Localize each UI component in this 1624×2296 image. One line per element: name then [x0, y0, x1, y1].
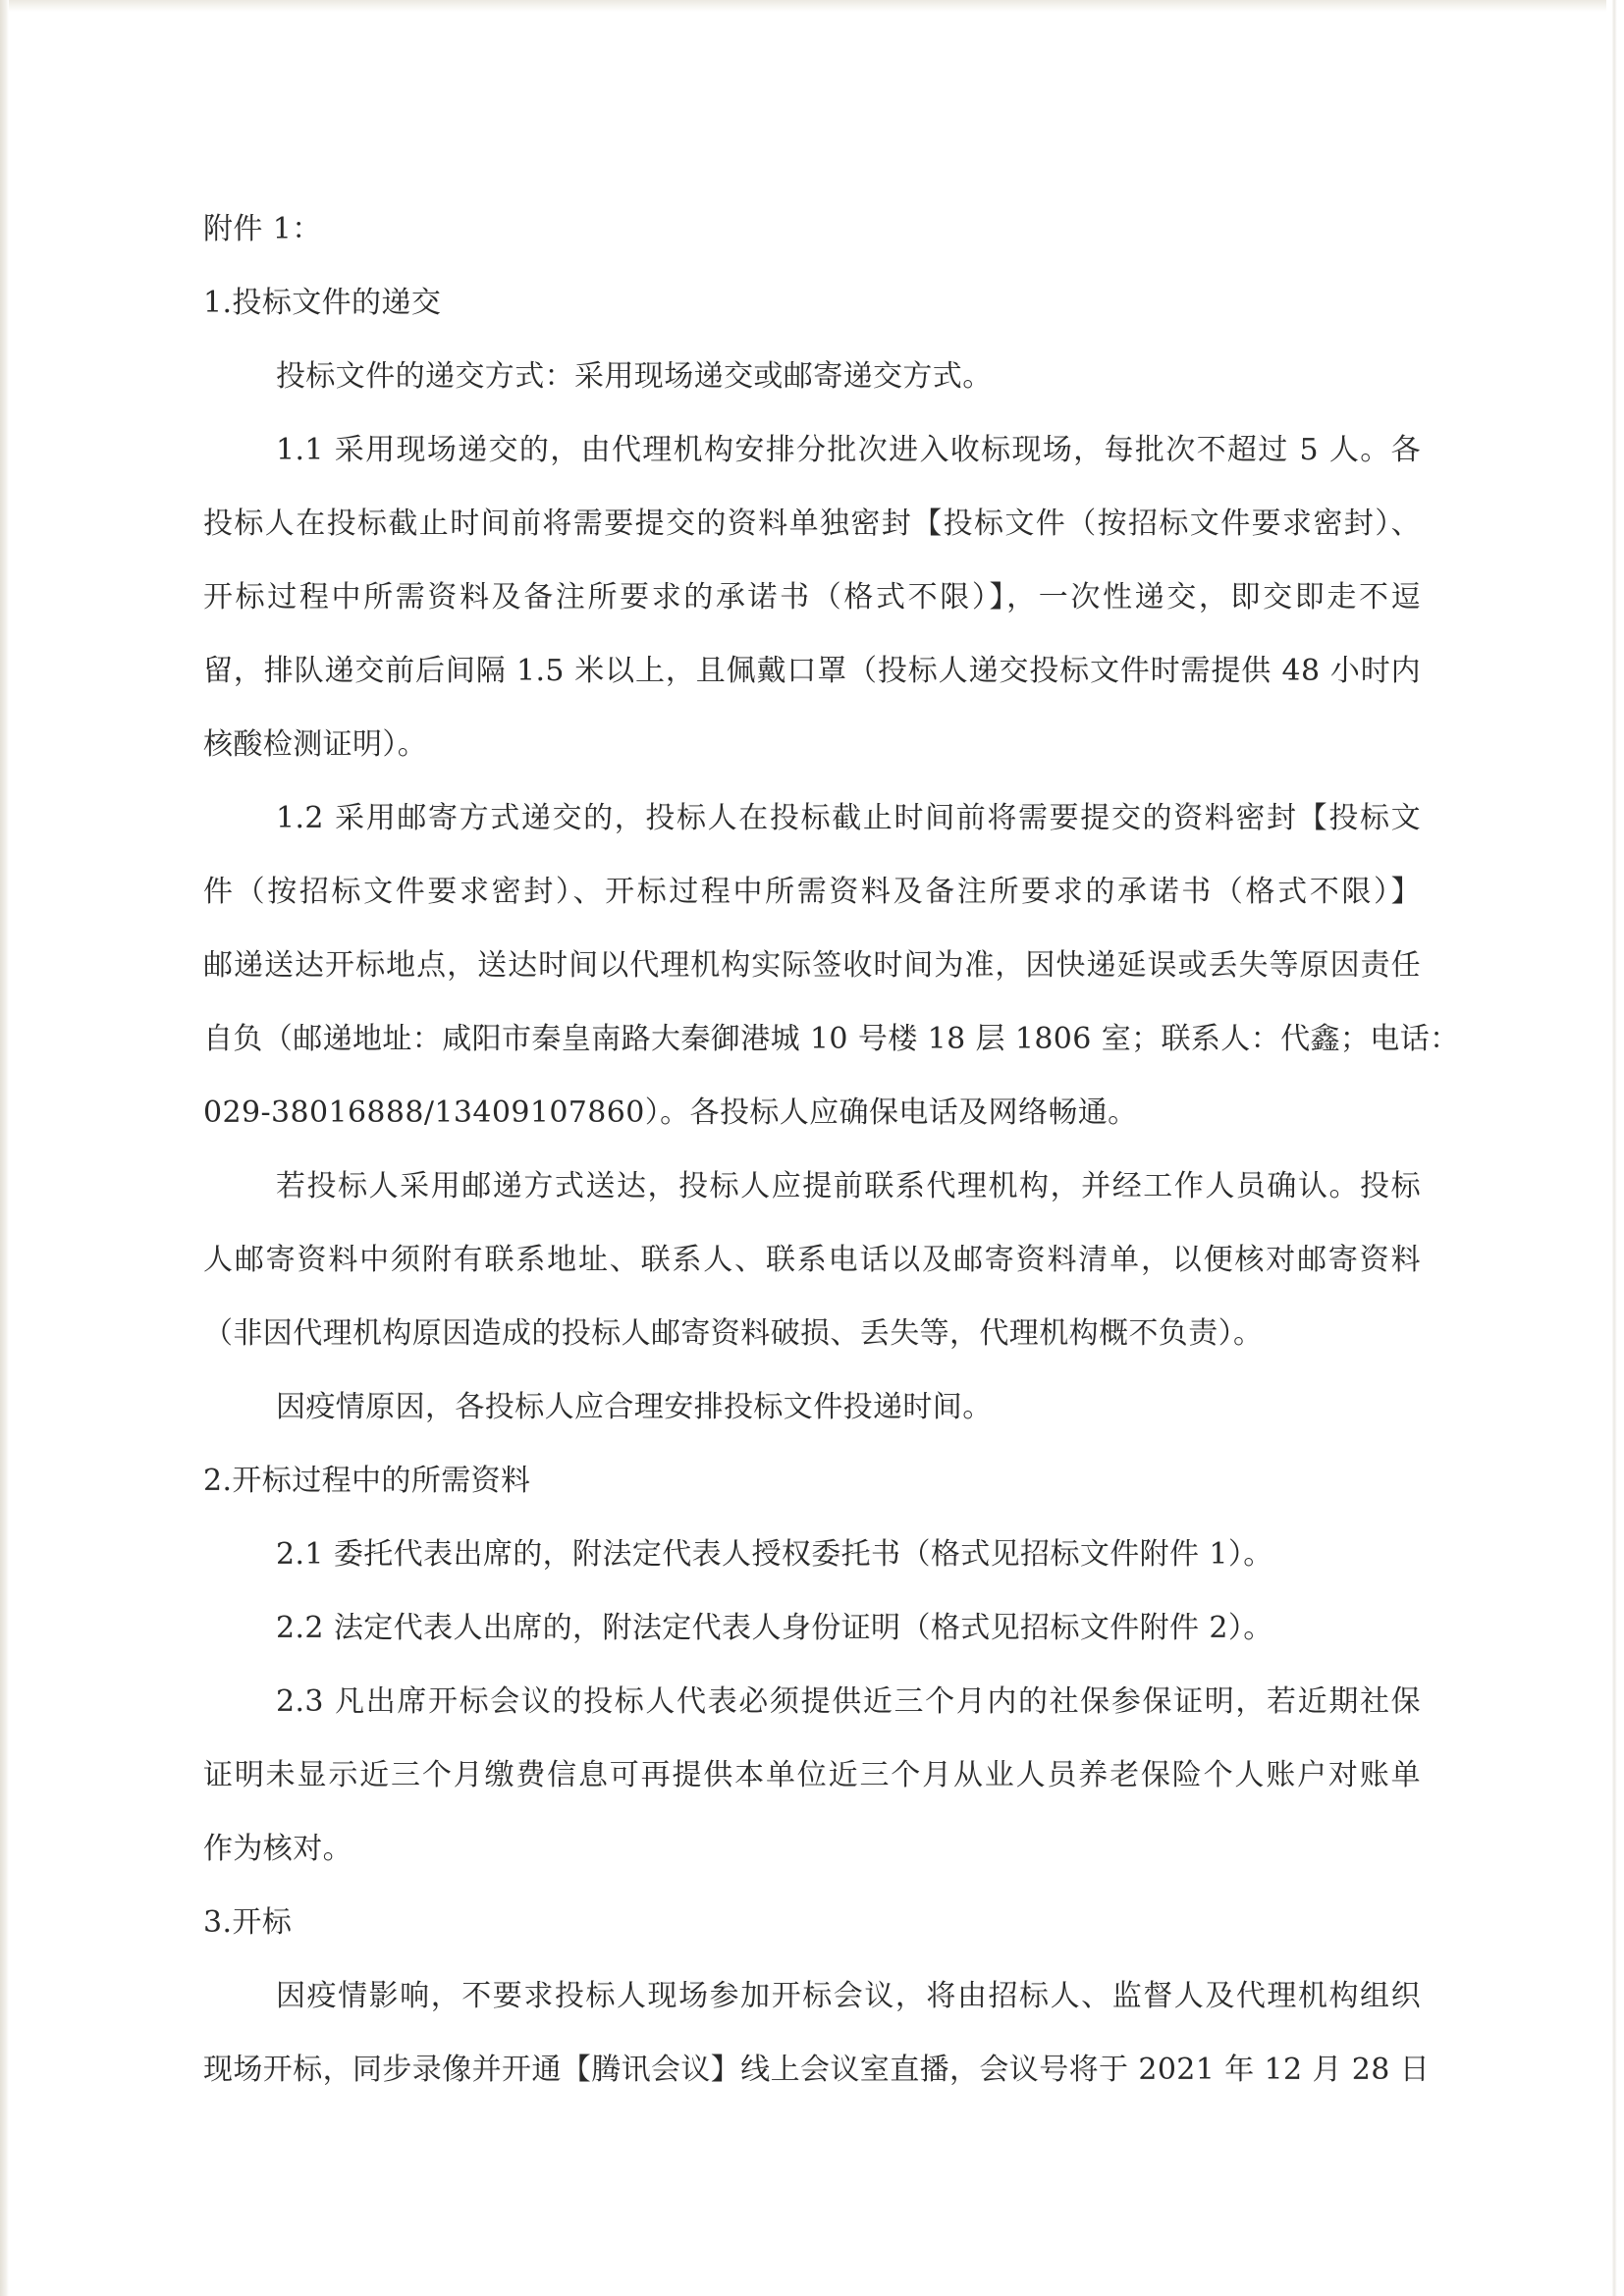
paragraph-line: 自负（邮递地址：咸阳市秦皇南路大秦御港城 10 号楼 18 层 1806 室；联… — [203, 1002, 1421, 1076]
paragraph-line: 029-38016888/13409107860）。各投标人应确保电话及网络畅通… — [203, 1076, 1421, 1149]
attachment-label: 附件 1： — [203, 192, 1421, 266]
section-1-paragraph-epidemic: 因疫情原因，各投标人应合理安排投标文件投递时间。 — [203, 1370, 1421, 1444]
section-3-heading: 3.开标 — [203, 1886, 1421, 1959]
scan-edge-left — [0, 0, 9, 2296]
section-2-paragraph-2-2: 2.2 法定代表人出席的，附法定代表人身份证明（格式见招标文件附件 2）。 — [203, 1591, 1421, 1665]
paragraph-line: 件（按招标文件要求密封）、开标过程中所需资料及备注所要求的承诺书（格式不限）】 — [203, 855, 1421, 929]
paragraph-line: 投标文件的递交方式：采用现场递交或邮寄递交方式。 — [203, 340, 1421, 413]
paragraph-line: 2.3 凡出席开标会议的投标人代表必须提供近三个月内的社保参保证明，若近期社保 — [203, 1665, 1421, 1738]
paragraph-line: 证明未显示近三个月缴费信息可再提供本单位近三个月从业人员养老保险个人账户对账单 — [203, 1738, 1421, 1812]
document-page: 附件 1： 1.投标文件的递交 投标文件的递交方式：采用现场递交或邮寄递交方式。… — [203, 192, 1421, 2107]
paragraph-line: 1.1 采用现场递交的，由代理机构安排分批次进入收标现场，每批次不超过 5 人。… — [203, 413, 1421, 487]
paragraph-line: 2.1 委托代表出席的，附法定代表人授权委托书（格式见招标文件附件 1）。 — [203, 1518, 1421, 1591]
section-1-heading: 1.投标文件的递交 — [203, 266, 1421, 340]
paragraph-line: 留，排队递交前后间隔 1.5 米以上，且佩戴口罩（投标人递交投标文件时需提供 4… — [203, 634, 1421, 708]
paragraph-line: 开标过程中所需资料及备注所要求的承诺书（格式不限）】，一次性递交，即交即走不逗 — [203, 561, 1421, 634]
section-1-paragraph-1-1: 1.1 采用现场递交的，由代理机构安排分批次进入收标现场，每批次不超过 5 人。… — [203, 413, 1421, 781]
paragraph-line: 1.2 采用邮寄方式递交的，投标人在投标截止时间前将需要提交的资料密封【投标文 — [203, 781, 1421, 855]
paragraph-line: 现场开标，同步录像并开通【腾讯会议】线上会议室直播，会议号将于 2021 年 1… — [203, 2033, 1421, 2107]
scan-edge-top — [0, 0, 1624, 12]
section-2-paragraph-2-1: 2.1 委托代表出席的，附法定代表人授权委托书（格式见招标文件附件 1）。 — [203, 1518, 1421, 1591]
paragraph-line: 作为核对。 — [203, 1812, 1421, 1886]
section-3-paragraph-1: 因疫情影响，不要求投标人现场参加开标会议，将由招标人、监督人及代理机构组织 现场… — [203, 1959, 1421, 2107]
paragraph-line: 因疫情原因，各投标人应合理安排投标文件投递时间。 — [203, 1370, 1421, 1444]
paragraph-line: 2.2 法定代表人出席的，附法定代表人身份证明（格式见招标文件附件 2）。 — [203, 1591, 1421, 1665]
paragraph-line: 投标人在投标截止时间前将需要提交的资料单独密封【投标文件（按招标文件要求密封）、 — [203, 487, 1421, 561]
section-2-heading: 2.开标过程中的所需资料 — [203, 1444, 1421, 1518]
section-1-paragraph-1-2: 1.2 采用邮寄方式递交的，投标人在投标截止时间前将需要提交的资料密封【投标文 … — [203, 781, 1421, 1149]
paragraph-line: 若投标人采用邮递方式送达，投标人应提前联系代理机构，并经工作人员确认。投标 — [203, 1149, 1421, 1223]
scan-edge-right — [1606, 0, 1624, 2296]
paragraph-line: 核酸检测证明）。 — [203, 708, 1421, 781]
section-1-paragraph-mail-notice: 若投标人采用邮递方式送达，投标人应提前联系代理机构，并经工作人员确认。投标 人邮… — [203, 1149, 1421, 1370]
paragraph-line: （非因代理机构原因造成的投标人邮寄资料破损、丢失等，代理机构概不负责）。 — [203, 1297, 1421, 1370]
paragraph-line: 因疫情影响，不要求投标人现场参加开标会议，将由招标人、监督人及代理机构组织 — [203, 1959, 1421, 2033]
paragraph-line: 邮递送达开标地点，送达时间以代理机构实际签收时间为准，因快递延误或丢失等原因责任 — [203, 929, 1421, 1002]
paragraph-line: 人邮寄资料中须附有联系地址、联系人、联系电话以及邮寄资料清单，以便核对邮寄资料 — [203, 1223, 1421, 1297]
section-2-paragraph-2-3: 2.3 凡出席开标会议的投标人代表必须提供近三个月内的社保参保证明，若近期社保 … — [203, 1665, 1421, 1886]
section-1-paragraph-1: 投标文件的递交方式：采用现场递交或邮寄递交方式。 — [203, 340, 1421, 413]
